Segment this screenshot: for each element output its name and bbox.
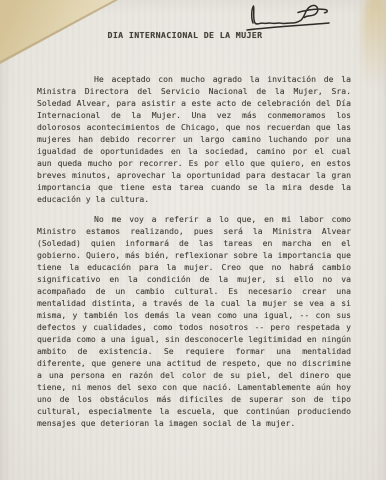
signature-stroke — [252, 5, 327, 24]
text-line: significativo en la condición de la muje… — [37, 273, 351, 285]
text-line: tiene, ni menos del sexo con que nació. … — [37, 381, 351, 393]
text-line: (Soledad) quien informará de las tareas … — [37, 237, 351, 249]
text-line: misma, y también los demás la vean como … — [37, 309, 351, 321]
text-line: igualdad de oportunidades en la sociedad… — [37, 145, 351, 157]
text-line: dolorosos acontecimientos de Chicago, qu… — [37, 121, 351, 133]
text-line: a una persona en razón del color de su p… — [37, 369, 351, 381]
text-line: Ministro estamos realizando, pues será l… — [37, 225, 351, 237]
text-line: ambito de existencia. Se requiere formar… — [37, 345, 351, 357]
paragraph-2: No me voy a referir a lo que, en mi labo… — [37, 213, 351, 429]
paragraph-1: He aceptado con mucho agrado la invitaci… — [37, 73, 351, 205]
document-body: He aceptado con mucho agrado la invitaci… — [37, 73, 351, 429]
text-line: tiene la educación para la mujer. Creo q… — [37, 261, 351, 273]
text-line: querida como a una igual, sin desconocer… — [37, 333, 351, 345]
text-line: Internacional de la Mujer. Una vez más c… — [37, 109, 351, 121]
text-line: mentalidad distinta, a través de la cual… — [37, 297, 351, 309]
text-line: mujeres han debido recorrer un largo cam… — [37, 133, 351, 145]
text-line: uno de los obstáculos más dificiles de s… — [37, 393, 351, 405]
text-line: He aceptado con mucho agrado la invitaci… — [37, 73, 351, 85]
text-line: defectos y cualidades, como todos nosotr… — [37, 321, 351, 333]
text-line: gobierno. Quiero, más bién, reflexionar … — [37, 249, 351, 261]
text-line: aun queda mucho por recorrer. Es por ell… — [37, 157, 351, 169]
text-line: acompañado de un cambio cultural. Es nec… — [37, 285, 351, 297]
aged-edge-streak — [362, 0, 386, 89]
text-line: importancia que tiene esta tarea cuando … — [37, 181, 351, 193]
text-line: Soledad Alvear, para asistir a este acto… — [37, 97, 351, 109]
text-line: No me voy a referir a lo que, en mi labo… — [37, 213, 351, 225]
text-line: breves minutos, aprovechar la oportunida… — [37, 169, 351, 181]
document-title: DIA INTERNACIONAL DE LA MUJER — [0, 30, 378, 40]
text-line: diferente, que genere una actitud de res… — [37, 357, 351, 369]
text-line: educación y la cultura. — [37, 193, 351, 205]
text-line: cultural, especialmente la escuela, que … — [37, 405, 351, 417]
text-line: mensajes que deterioran la imagen social… — [37, 417, 351, 429]
scanned-document-page: DIA INTERNACIONAL DE LA MUJER He aceptad… — [0, 0, 386, 480]
text-line: Ministra Directora del Servicio Nacional… — [37, 85, 351, 97]
